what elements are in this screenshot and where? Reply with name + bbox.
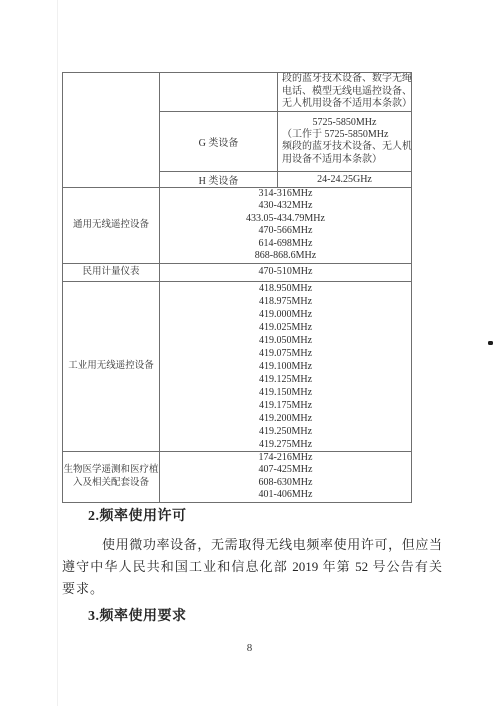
table-row-continuation: 段的蓝牙技术设备、数字无绳电话、模型无线电遥控设备、无人机用设备不适用本条款） [63, 73, 412, 112]
page-number: 8 [0, 642, 499, 654]
section-heading-requirements: 3.频率使用要求 [88, 606, 442, 628]
note-line: 段的蓝牙技术设备、数字无绳 [278, 73, 411, 86]
category-cell-industrial-remote: 工业用无线遥控设备 [63, 281, 160, 451]
note-cell-continuation: 段的蓝牙技术设备、数字无绳电话、模型无线电遥控设备、无人机用设备不适用本条款） [278, 73, 412, 112]
note-line: 频段的蓝牙技术设备、无人机 [278, 141, 411, 154]
paragraph-line: 遵守中华人民共和国工业和信息化部 2019 年第 52 号公告有关 [62, 556, 442, 578]
frequency-value: 407-425MHz [160, 464, 411, 477]
section-heading-license: 2.频率使用许可 [88, 506, 442, 528]
frequency-value: 430-432MHz [160, 200, 411, 213]
frequency-value: 614-698MHz [160, 238, 411, 251]
table-row-industrial-remote: 工业用无线遥控设备 418.950MHz418.975MHz419.000MHz… [63, 281, 412, 451]
frequency-value: 419.025MHz [160, 321, 411, 334]
category-cell-general-remote: 通用无线遥控设备 [63, 187, 160, 263]
frequency-table: 段的蓝牙技术设备、数字无绳电话、模型无线电遥控设备、无人机用设备不适用本条款） … [62, 72, 412, 503]
frequency-value: 418.950MHz [160, 282, 411, 295]
frequency-value: 419.200MHz [160, 412, 411, 425]
frequency-value: 419.100MHz [160, 360, 411, 373]
category-line: 入及相关配套设备 [63, 477, 159, 490]
table-row-general-remote: 通用无线遥控设备 314-316MHz430-432MHz433.05-434.… [63, 187, 412, 263]
category-line: 生物医学遥测和医疗植 [63, 464, 159, 477]
frequency-cell-general-remote: 314-316MHz430-432MHz433.05-434.79MHz470-… [160, 187, 412, 263]
frequency-value: 314-316MHz [160, 188, 411, 201]
category-line: 工业用无线遥控设备 [63, 360, 159, 373]
note-line: 用设备不适用本条款） [278, 154, 411, 167]
frequency-value: 868-868.6MHz [160, 250, 411, 263]
device-class-cell-h: H 类设备 [160, 171, 278, 187]
note-line: 无人机用设备不适用本条款） [278, 98, 411, 111]
frequency-value: 419.175MHz [160, 399, 411, 412]
note-line: 电话、模型无线电遥控设备、 [278, 86, 411, 99]
device-class-cell-g: G 类设备 [160, 111, 278, 171]
frequency-value: 419.000MHz [160, 308, 411, 321]
frequency-cell-g: 5725-5850MHz （工作于 5725-5850MHz频段的蓝牙技术设备、… [278, 111, 412, 171]
frequency-value: 433.05-434.79MHz [160, 213, 411, 226]
table-row-biomedical: 生物医学遥测和医疗植入及相关配套设备 174-216MHz407-425MHz6… [63, 451, 412, 502]
frequency-cell-industrial-remote: 418.950MHz418.975MHz419.000MHz419.025MHz… [160, 281, 412, 451]
frequency-value: 174-216MHz [160, 452, 411, 465]
frequency-value: 419.125MHz [160, 373, 411, 386]
frequency-cell-h: 24-24.25GHz [278, 171, 412, 187]
frequency-value: 608-630MHz [160, 477, 411, 490]
frequency-value: 401-406MHz [160, 489, 411, 502]
frequency-value: 419.250MHz [160, 425, 411, 438]
frequency-value: 419.050MHz [160, 334, 411, 347]
category-cell-biomedical: 生物医学遥测和医疗植入及相关配套设备 [63, 451, 160, 502]
document-page: 段的蓝牙技术设备、数字无绳电话、模型无线电遥控设备、无人机用设备不适用本条款） … [0, 0, 499, 706]
category-line: 民用计量仪表 [63, 266, 159, 279]
frequency-cell-civil-meter: 470-510MHz [160, 263, 412, 281]
category-line: 通用无线遥控设备 [63, 219, 159, 232]
frequency-value: 470-510MHz [160, 266, 411, 279]
paragraph-line: 要求。 [62, 578, 442, 600]
note-line: （工作于 5725-5850MHz [278, 129, 411, 142]
category-cell-civil-meter: 民用计量仪表 [63, 263, 160, 281]
category-cell-empty [63, 73, 160, 188]
frequency-value: 418.975MHz [160, 295, 411, 308]
scan-edge-line [57, 0, 58, 706]
frequency-value: 419.150MHz [160, 386, 411, 399]
frequency-value: 5725-5850MHz [278, 116, 411, 129]
table-row-civil-meter: 民用计量仪表 470-510MHz [63, 263, 412, 281]
device-class-cell-empty [160, 73, 278, 112]
paragraph-line: 使用微功率设备，无需取得无线电频率使用许可，但应当 [62, 534, 442, 556]
scan-artifact-dot [488, 341, 493, 345]
frequency-value: 419.275MHz [160, 438, 411, 451]
frequency-value: 419.075MHz [160, 347, 411, 360]
frequency-cell-biomedical: 174-216MHz407-425MHz608-630MHz401-406MHz [160, 451, 412, 502]
note-lines-g: （工作于 5725-5850MHz频段的蓝牙技术设备、无人机用设备不适用本条款） [278, 129, 411, 167]
frequency-value: 470-566MHz [160, 225, 411, 238]
body-text: 2.频率使用许可 使用微功率设备，无需取得无线电频率使用许可，但应当 遵守中华人… [62, 506, 442, 628]
